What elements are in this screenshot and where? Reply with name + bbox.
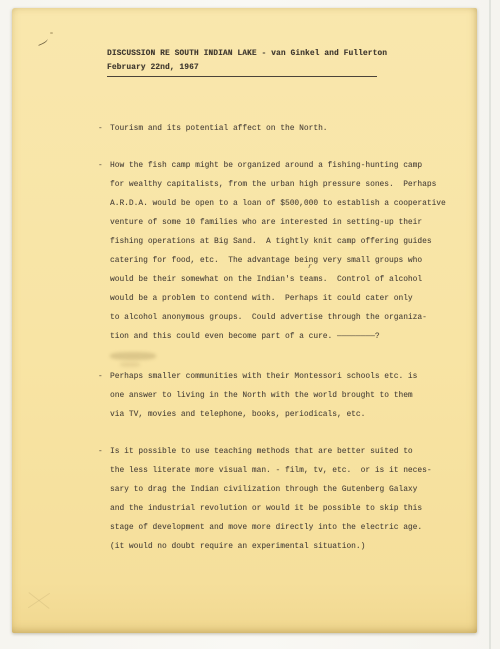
- paragraph-line: would be a problem to contend with. Perh…: [110, 290, 446, 309]
- paragraph-line: and the industrial revolution or would i…: [110, 500, 432, 519]
- paragraph-line: for wealthy capitalists, from the urban …: [110, 176, 446, 195]
- paragraph-line: would be their somewhat on the Indian's …: [110, 271, 446, 290]
- document-title: DISCUSSION RE SOUTH INDIAN LAKE - van Gi…: [107, 47, 387, 61]
- paragraph-communities: - Perhaps smaller communities with their…: [98, 368, 417, 425]
- paragraph-line: Tourism and its potential affect on the …: [110, 120, 328, 139]
- paragraph-line: via TV, movies and telephone, books, per…: [110, 406, 417, 425]
- paragraph-line: to alcohol anonymous groups. Could adver…: [110, 309, 446, 328]
- paper-crease-mark: [20, 586, 54, 616]
- pen-tick-mark: [36, 37, 48, 46]
- paragraph-teaching-methods: - Is it possible to use teaching methods…: [98, 443, 432, 557]
- paragraph-line: the less literate more visual man. - fil…: [110, 462, 432, 481]
- paragraph-line: one answer to living in the North with t…: [110, 387, 417, 406]
- paragraph-line: A.R.D.A. would be open to a loan of $500…: [110, 195, 446, 214]
- bullet-dash: -: [98, 157, 110, 176]
- paragraph-line: catering for food, etc. The advantage be…: [110, 252, 446, 271]
- date-underline: February 22nd, 1967: [107, 61, 377, 77]
- paragraph-line: tion and this could even become part of …: [110, 328, 446, 347]
- paragraph-line: Is it possible to use teaching methods t…: [110, 443, 432, 462]
- pen-dot-mark: [50, 32, 53, 34]
- paragraph-line: How the fish camp might be organized aro…: [110, 157, 446, 176]
- paragraph-line: stage of development and move more direc…: [110, 519, 432, 538]
- paragraph-line: Perhaps smaller communities with their M…: [110, 368, 417, 387]
- scan-background: DISCUSSION RE SOUTH INDIAN LAKE - van Gi…: [0, 0, 500, 649]
- paragraph-line: sary to drag the Indian civilization thr…: [110, 481, 432, 500]
- paragraph-lines: Is it possible to use teaching methods t…: [110, 443, 432, 557]
- document-date: February 22nd, 1967: [107, 64, 199, 72]
- erased-text-smudge: [120, 362, 140, 367]
- bullet-dash: -: [98, 120, 110, 139]
- paragraph-lines: How the fish camp might be organized aro…: [110, 157, 446, 347]
- paragraph-lines: Tourism and its potential affect on the …: [110, 120, 328, 139]
- bullet-dash: -: [98, 443, 110, 462]
- scanner-edge-artifact: [489, 0, 491, 649]
- erased-text-smudge: [110, 352, 156, 360]
- typed-correction-mark: r: [308, 264, 312, 270]
- paragraph-line: (it would no doubt require an experiment…: [110, 538, 432, 557]
- document-header: DISCUSSION RE SOUTH INDIAN LAKE - van Gi…: [107, 47, 387, 77]
- paragraph-tourism: - Tourism and its potential affect on th…: [98, 120, 328, 139]
- paragraph-line: venture of some 10 families who are inte…: [110, 214, 446, 233]
- paragraph-fish-camp: - How the fish camp might be organized a…: [98, 157, 446, 347]
- bullet-dash: -: [98, 368, 110, 387]
- document-page: DISCUSSION RE SOUTH INDIAN LAKE - van Gi…: [12, 8, 477, 633]
- paragraph-lines: Perhaps smaller communities with their M…: [110, 368, 417, 425]
- paragraph-line: fishing operations at Big Sand. A tightl…: [110, 233, 446, 252]
